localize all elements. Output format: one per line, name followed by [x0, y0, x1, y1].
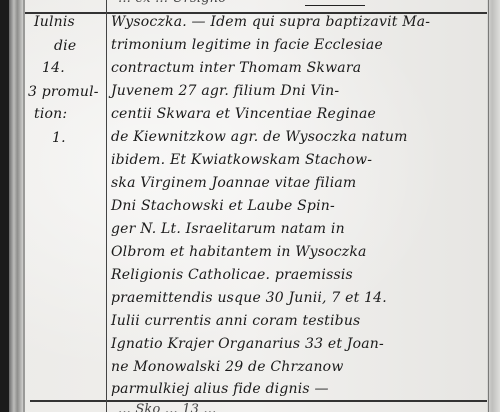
register-page: ... ex ... Ursigno Iulnis die 14. 3 prom…	[0, 0, 500, 412]
margin-entry-number: 1.	[52, 130, 66, 146]
previous-entry-dash	[305, 5, 365, 6]
body-line-6: de Kiewnitzkow agr. de Wysoczka natum	[111, 129, 408, 145]
body-line-5: centii Skwara et Vincentiae Reginae	[111, 106, 376, 122]
next-entry-head: ... Sko ... 13 ...	[118, 402, 216, 412]
body-line-9: Dni Stachowski et Laube Spin-	[111, 198, 335, 214]
gutter-line	[23, 0, 25, 412]
body-line-2: trimonium legitime in facie Ecclesiae	[111, 37, 383, 53]
book-binding	[0, 0, 9, 412]
margin-day: 14.	[42, 60, 65, 76]
entry-bottom-rule	[30, 400, 487, 402]
body-line-11: Olbrom et habitantem in Wysoczka	[111, 244, 367, 260]
body-line-14: Iulii currentis anni coram testibus	[111, 313, 360, 329]
margin-day-label: die	[54, 38, 76, 54]
margin-banns-note-2: tion:	[34, 106, 67, 122]
margin-month: Iulnis	[34, 14, 75, 30]
body-line-8: ska Virginem Joannae vitae filiam	[111, 175, 356, 191]
body-line-15: Ignatio Krajer Organarius 33 et Joan-	[111, 336, 384, 352]
body-line-4: Juvenem 27 agr. filium Dni Vin-	[111, 83, 339, 99]
column-separator	[106, 0, 107, 412]
body-line-10: ger N. Lt. Israelitarum natam in	[111, 221, 345, 237]
body-line-7: ibidem. Et Kwiatkowskam Stachow-	[111, 152, 372, 168]
body-line-13: praemittendis usque 30 Junii, 7 et 14.	[111, 290, 387, 306]
body-line-17: parmulkiej alius fide dignis —	[111, 381, 329, 397]
body-line-3: contractum inter Thomam Skwara	[111, 60, 361, 76]
body-line-12: Religionis Catholicae. praemissis	[111, 267, 353, 283]
body-line-1: Wysoczka. — Idem qui supra baptizavit Ma…	[111, 14, 430, 30]
body-line-16: ne Monowalski 29 de Chrzanow	[111, 359, 344, 375]
previous-entry-tail: ... ex ... Ursigno	[118, 0, 226, 6]
right-margin-rule	[488, 0, 489, 412]
margin-banns-note-1: 3 promul-	[28, 84, 99, 100]
page-gutter	[9, 0, 23, 412]
